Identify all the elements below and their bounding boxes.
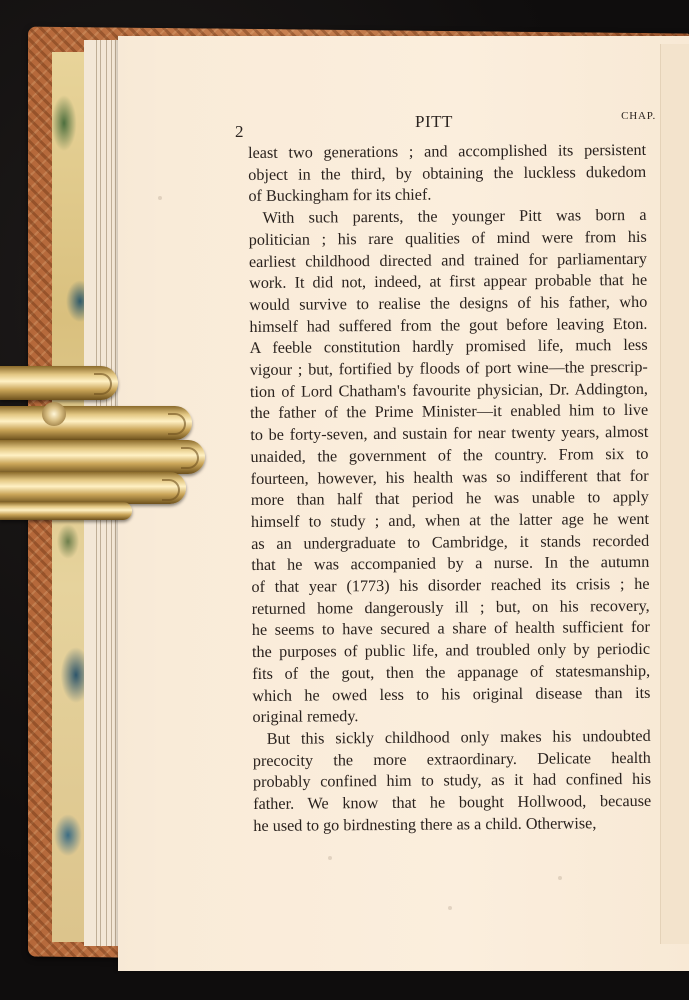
paragraph: least two generations ; and accomplished… <box>248 140 646 208</box>
running-head: 2 PITT CHAP. <box>230 110 650 140</box>
text-line: that he was accompanied by a nurse. In t… <box>251 552 649 577</box>
text-line: father. We know that he bought Hollwood,… <box>253 791 651 816</box>
text-line: of that year (1773) his disorder reached… <box>251 574 649 599</box>
ring-icon <box>42 402 66 426</box>
next-page-edge <box>660 44 689 944</box>
text-line: earliest childhood directed and trained … <box>249 248 647 273</box>
text-line: least two generations ; and accomplished… <box>248 140 646 165</box>
text-line: of Buckingham for its chief. <box>248 183 646 208</box>
text-line: would survive to realise the designs of … <box>249 292 647 317</box>
text-line: more than half that period he was unable… <box>251 487 649 512</box>
text-line: as an undergraduate to Cambridge, it sta… <box>251 531 649 556</box>
text-line: fits of the gout, then the appanage of s… <box>252 661 650 686</box>
text-line: to be forty-seven, and sustain for near … <box>250 422 648 447</box>
text-line: original remedy. <box>252 704 650 729</box>
brass-hand-icon <box>0 362 210 522</box>
text-line: probably confined him to study, as it ha… <box>253 769 651 794</box>
text-line: unaided, the government of the country. … <box>250 444 648 469</box>
paragraph: But this sickly childhood only makes his… <box>253 726 652 838</box>
text-line: With such parents, the younger Pitt was … <box>249 205 647 230</box>
text-line: returned home dangerously ill ; but, on … <box>252 596 650 621</box>
chapter-label: CHAP. <box>621 110 656 122</box>
text-line: object in the third, by obtaining the lu… <box>248 162 646 187</box>
text-line: work. It did not, indeed, at first appea… <box>249 270 647 295</box>
body-text: least two generations ; and accomplished… <box>248 140 651 838</box>
page-title: PITT <box>415 112 453 132</box>
page-number: 2 <box>235 122 244 142</box>
text-line: vigour ; but, fortified by floods of por… <box>250 357 648 382</box>
text-line: fourteen, however, his health was so ind… <box>251 465 649 490</box>
paragraph: With such parents, the younger Pitt was … <box>249 205 651 729</box>
text-line: which he owed less to his original disea… <box>252 682 650 707</box>
text-line: A feeble constitution hardly promised li… <box>250 335 648 360</box>
text-line: he used to go birdnesting there as a chi… <box>253 813 651 838</box>
text-line: himself had suffered from the gout befor… <box>249 313 647 338</box>
text-line: But this sickly childhood only makes his… <box>253 726 651 751</box>
text-line: himself to study ; and, when at the latt… <box>251 509 649 534</box>
text-line: politician ; his rare qualities of mind … <box>249 227 647 252</box>
text-line: he seems to have secured a share of heal… <box>252 617 650 642</box>
text-line: precocity the more extraordinary. Delica… <box>253 748 651 773</box>
text-line: the father of the Prime Minister—it enab… <box>250 400 648 425</box>
text-line: the purposes of public life, and trouble… <box>252 639 650 664</box>
text-line: tion of Lord Chatham's favourite physici… <box>250 379 648 404</box>
